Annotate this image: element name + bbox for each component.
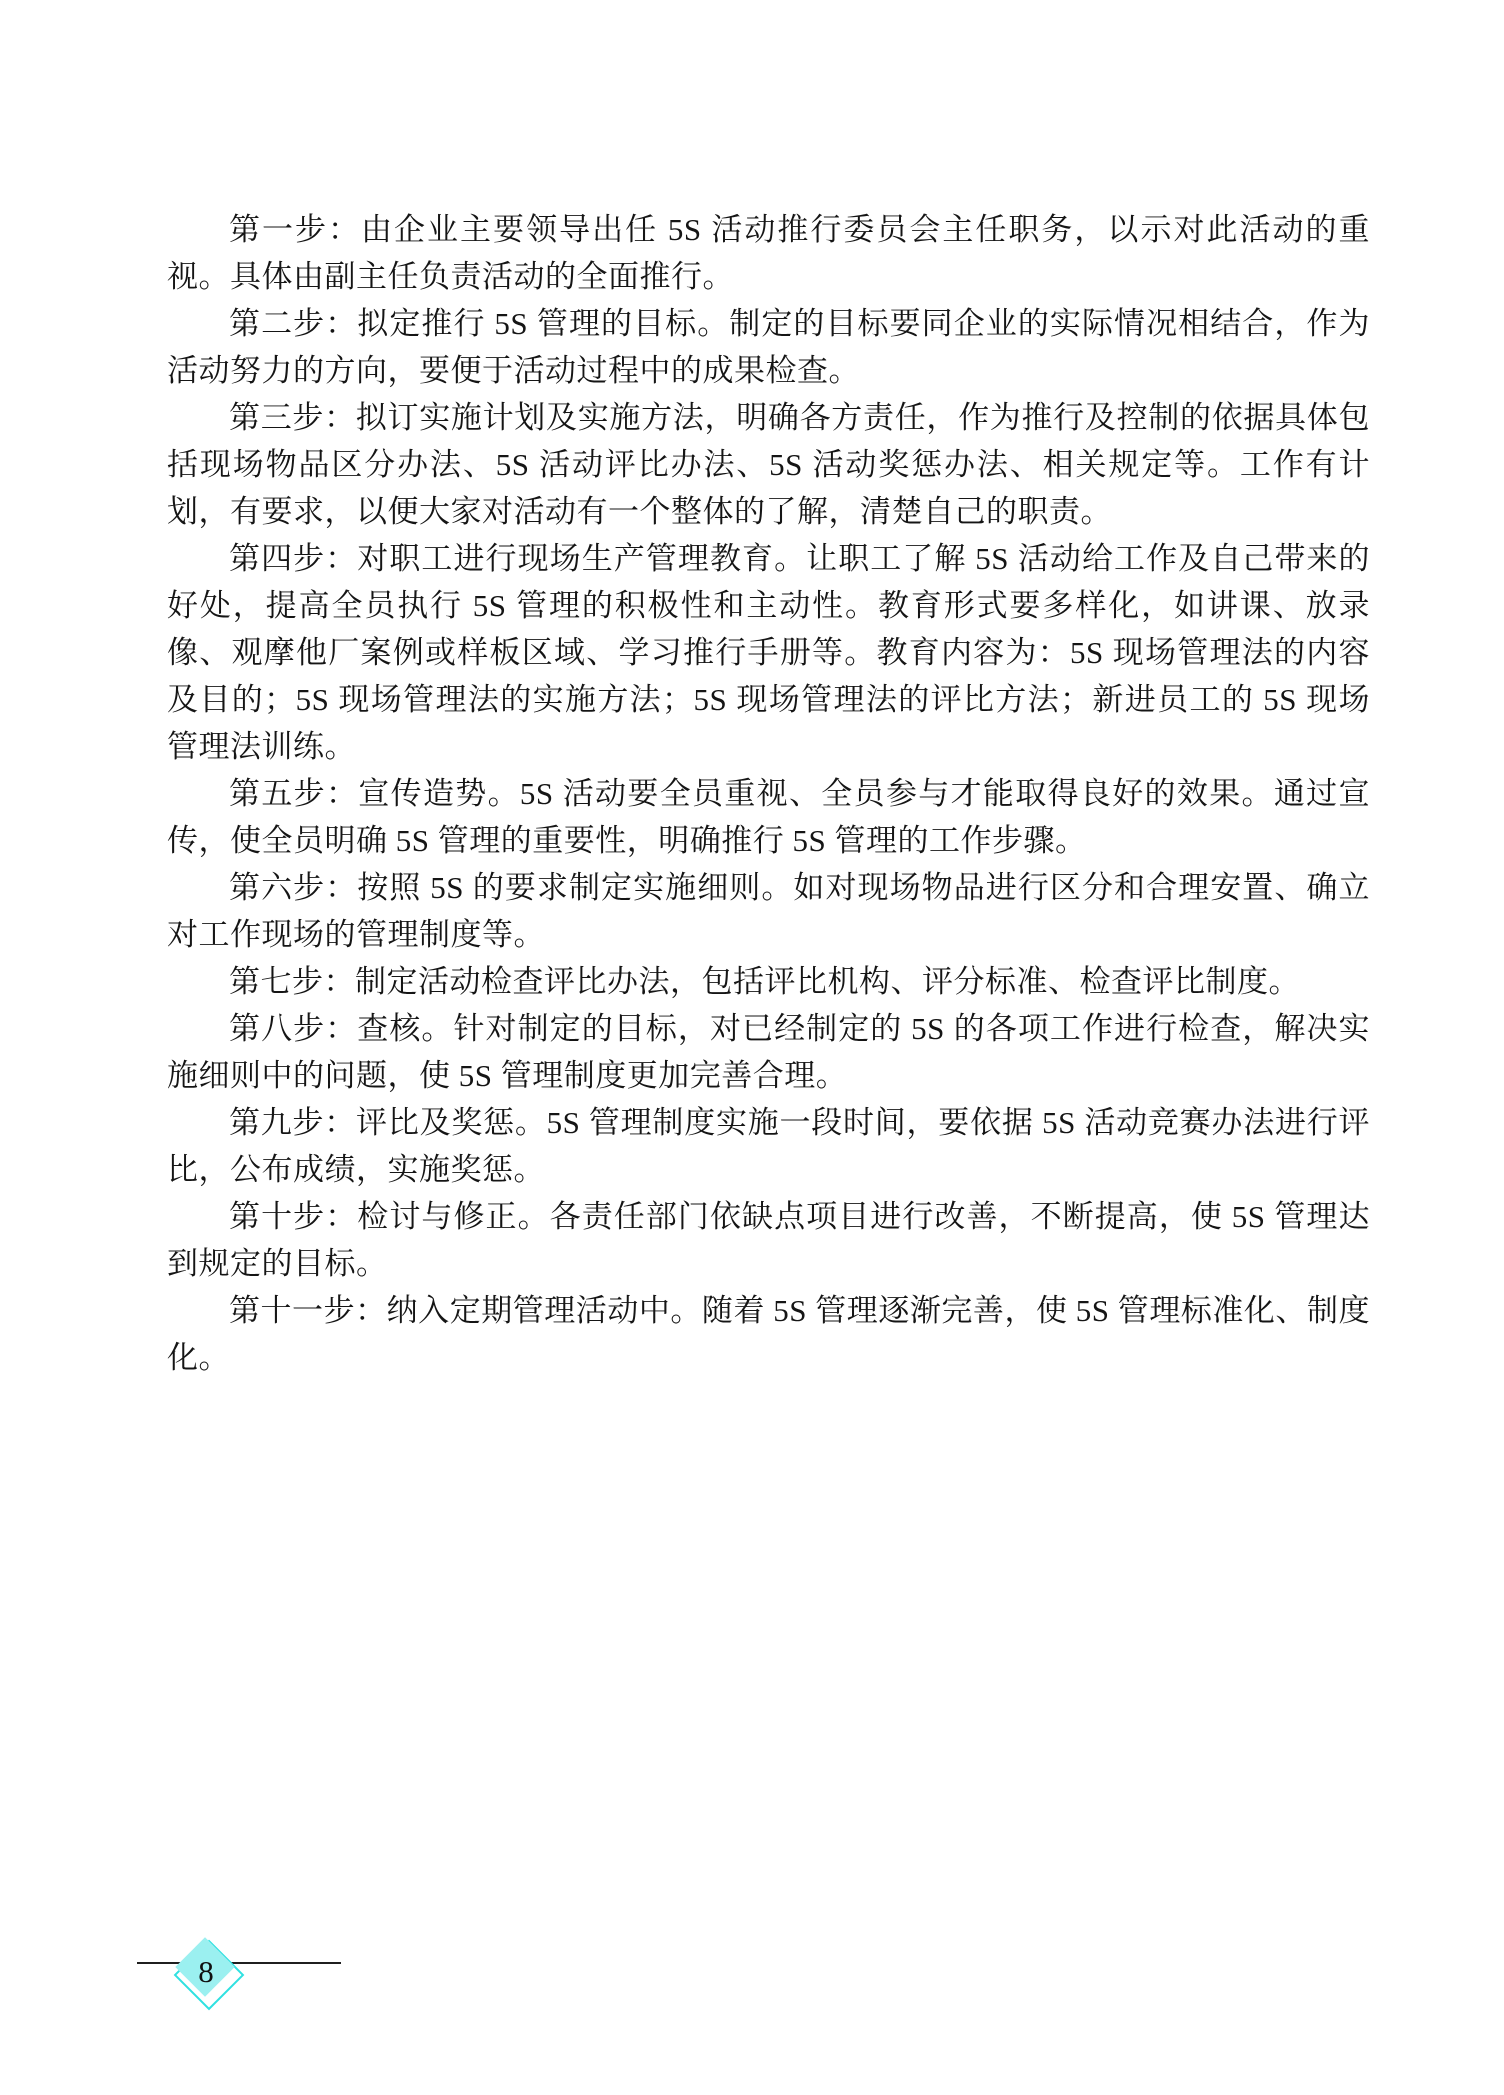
paragraph: 第七步：制定活动检查评比办法，包括评比机构、评分标准、检查评比制度。 — [167, 958, 1370, 1005]
paragraph: 第五步：宣传造势。5S 活动要全员重视、全员参与才能取得良好的效果。通过宣传，使… — [167, 770, 1370, 864]
paragraph: 第十一步：纳入定期管理活动中。随着 5S 管理逐渐完善，使 5S 管理标准化、制… — [167, 1287, 1370, 1381]
paragraph: 第六步：按照 5S 的要求制定实施细则。如对现场物品进行区分和合理安置、确立对工… — [167, 864, 1370, 958]
paragraph: 第八步：查核。针对制定的目标，对已经制定的 5S 的各项工作进行检查，解决实施细… — [167, 1005, 1370, 1099]
paragraph: 第二步：拟定推行 5S 管理的目标。制定的目标要同企业的实际情况相结合，作为活动… — [167, 300, 1370, 394]
paragraph: 第四步：对职工进行现场生产管理教育。让职工了解 5S 活动给工作及自己带来的好处… — [167, 535, 1370, 770]
document-body: 第一步：由企业主要领导出任 5S 活动推行委员会主任职务，以示对此活动的重视。具… — [167, 206, 1370, 1381]
document-page: 第一步：由企业主要领导出任 5S 活动推行委员会主任职务，以示对此活动的重视。具… — [0, 0, 1504, 2095]
paragraph: 第一步：由企业主要领导出任 5S 活动推行委员会主任职务，以示对此活动的重视。具… — [167, 206, 1370, 300]
paragraph: 第十步：检讨与修正。各责任部门依缺点项目进行改善，不断提高，使 5S 管理达到规… — [167, 1193, 1370, 1287]
page-number-badge: 8 — [160, 1936, 256, 2016]
paragraph: 第三步：拟订实施计划及实施方法，明确各方责任，作为推行及控制的依据具体包括现场物… — [167, 394, 1370, 535]
page-number: 8 — [184, 1946, 228, 1998]
paragraph: 第九步：评比及奖惩。5S 管理制度实施一段时间，要依据 5S 活动竞赛办法进行评… — [167, 1099, 1370, 1193]
